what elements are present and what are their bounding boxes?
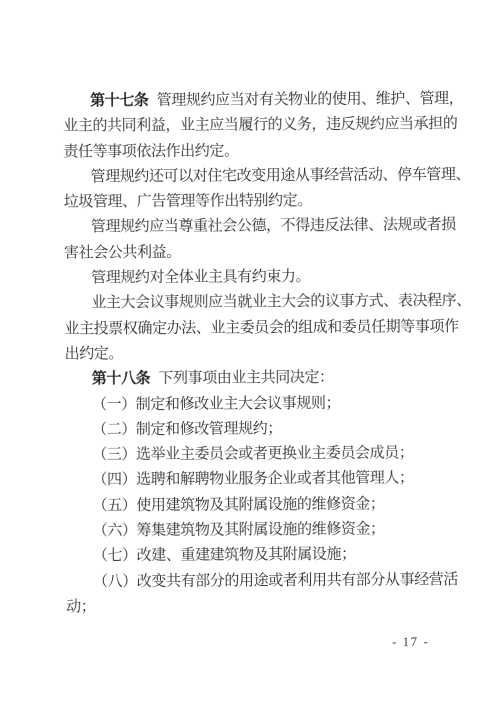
text-line: 业主的共同利益，业主应当履行的义务，违反规约应当承担的 [63, 112, 463, 140]
line-text: 业主投票权确定办法、业主委员会的组成和委员任期等事项作 [64, 318, 458, 336]
article-number: 第十八条 [92, 371, 151, 387]
line-text: 动； [66, 599, 95, 615]
line-text: （二）制定和修改管理规约； [92, 421, 282, 438]
line-text: 责任等事项依法作出约定。 [63, 143, 238, 160]
line-text: 管理规约应当尊重社会公德，不得违反法律、法规或者损 [91, 217, 456, 235]
text-line: 动； [66, 593, 466, 621]
text-line: （六）筹集建筑物及其附属设施的维修资金； [66, 517, 466, 545]
text-line: 业主大会议事规则应当就业主大会的议事方式、表决程序、 [64, 289, 464, 317]
text-line: 害社会公共利益。 [64, 239, 464, 267]
page-number: - 17 - [392, 634, 429, 650]
line-text: （八）改变共有部分的用途或者利用共有部分从事经营活 [93, 571, 458, 589]
text-line: 第十七条管理规约应当对有关物业的使用、维护、管理， [63, 87, 463, 115]
text-line: （二）制定和修改管理规约； [65, 416, 465, 444]
text-line: （一）制定和修改业主大会议事规则； [65, 390, 465, 418]
line-text: 管理规约对全体业主具有约束力。 [91, 269, 310, 286]
line-text: 管理规约还可以对住宅改变用途从事经营活动、停车管理、 [90, 167, 470, 185]
line-text: （六）筹集建筑物及其附属设施的维修资金； [93, 521, 385, 539]
text-line: 第十八条下列事项由业主共同决定： [65, 365, 465, 393]
text-line: 出约定。 [65, 340, 465, 368]
line-text: 业主的共同利益，业主应当履行的义务，违反规约应当承担的 [63, 116, 457, 134]
text-line: （四）选聘和解聘物业服务企业或者其他管理人； [65, 466, 465, 494]
text-line: 管理规约还可以对住宅改变用途从事经营活动、停车管理、 [63, 163, 463, 191]
text-line: 垃圾管理、广告管理等作出特别约定。 [64, 188, 464, 216]
line-text: 管理规约应当对有关物业的使用、维护、管理， [157, 91, 464, 109]
line-text: 害社会公共利益。 [64, 244, 181, 261]
text-line: （八）改变共有部分的用途或者利用共有部分从事经营活 [66, 567, 466, 595]
line-text: 垃圾管理、广告管理等作出特别约定。 [64, 193, 312, 211]
article-number: 第十七条 [90, 93, 149, 109]
text-line: 业主投票权确定办法、业主委员会的组成和委员任期等事项作 [64, 314, 464, 342]
text-line: （五）使用建筑物及其附属设施的维修资金； [65, 492, 465, 520]
text-line: 管理规约应当尊重社会公德，不得违反法律、法规或者损 [64, 213, 464, 241]
text-line: （七）改建、重建建筑物及其附属设施； [66, 542, 466, 570]
line-text: 业主大会议事规则应当就业主大会的议事方式、表决程序、 [91, 293, 471, 311]
line-text: 下列事项由业主共同决定： [158, 370, 333, 387]
document-body: 第十七条管理规约应当对有关物业的使用、维护、管理， 业主的共同利益，业主应当履行… [63, 87, 466, 621]
line-text: （四）选聘和解聘物业服务企业或者其他管理人； [92, 471, 413, 489]
line-text: （五）使用建筑物及其附属设施的维修资金； [93, 496, 385, 514]
line-text: （一）制定和修改业主大会议事规则； [92, 395, 340, 413]
text-line: 管理规约对全体业主具有约束力。 [64, 264, 464, 292]
line-text: 出约定。 [65, 346, 124, 362]
text-line: 责任等事项依法作出约定。 [63, 137, 463, 165]
text-line: （三）选举业主委员会或者更换业主委员会成员； [65, 441, 465, 469]
line-text: （三）选举业主委员会或者更换业主委员会成员； [92, 445, 413, 463]
line-text: （七）改建、重建建筑物及其附属设施； [93, 547, 356, 565]
document-page: 第十七条管理规约应当对有关物业的使用、维护、管理， 业主的共同利益，业主应当履行… [0, 0, 500, 707]
